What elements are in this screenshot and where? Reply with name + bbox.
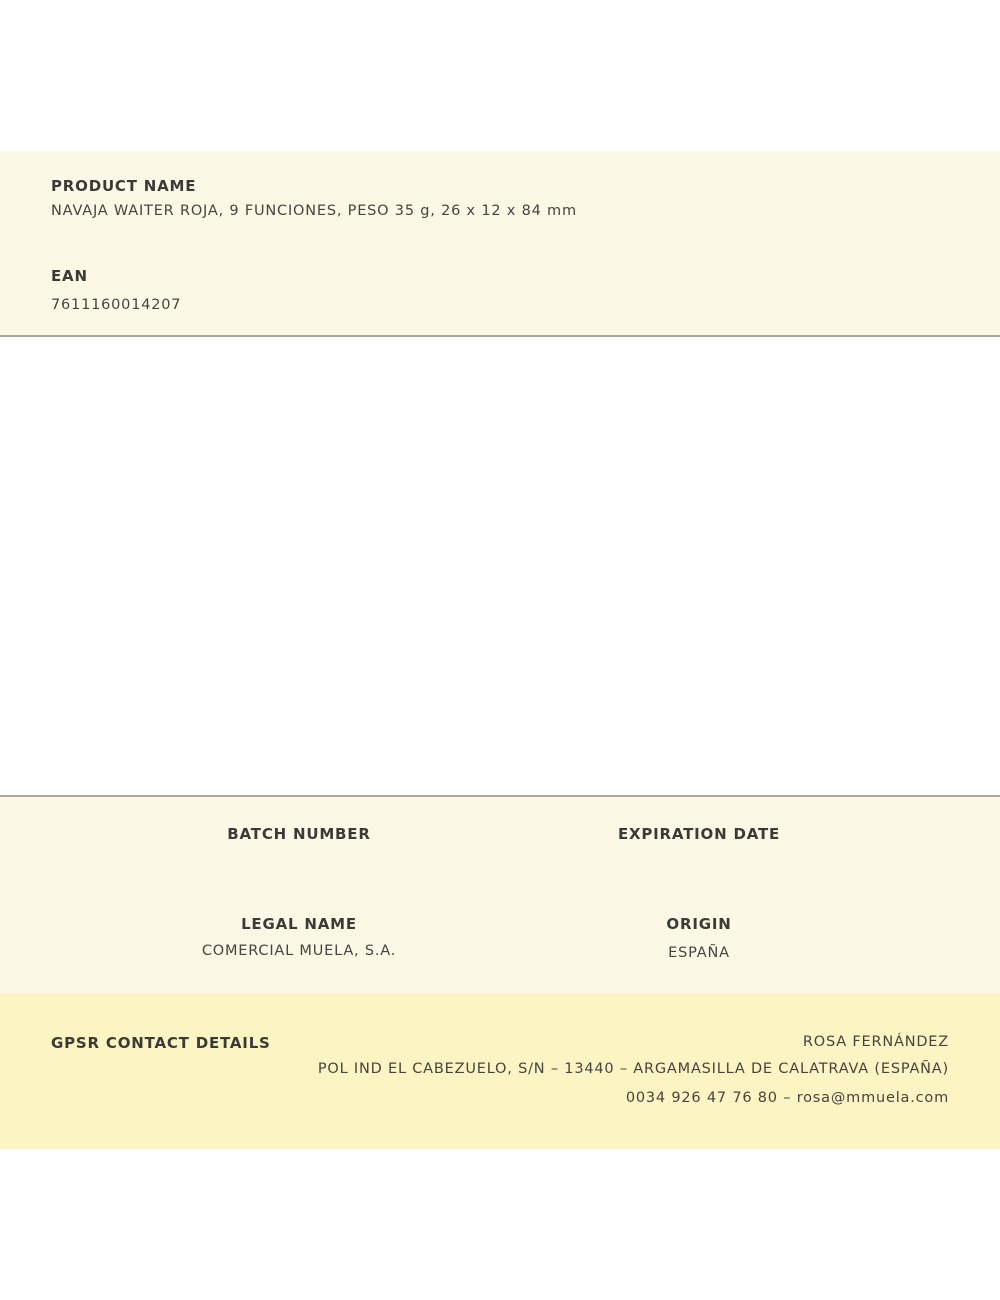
- legal-name-value: COMERCIAL MUELA, S.A.: [202, 943, 396, 959]
- product-info-section: PRODUCT NAME NAVAJA WAITER ROJA, 9 FUNCI…: [0, 151, 1000, 337]
- gpsr-contact-label: GPSR CONTACT DETAILS: [51, 1034, 271, 1052]
- expiration-date-label: EXPIRATION DATE: [618, 825, 780, 843]
- product-name-value: NAVAJA WAITER ROJA, 9 FUNCIONES, PESO 35…: [51, 203, 577, 219]
- contact-phone-email: 0034 926 47 76 80 – rosa@mmuela.com: [626, 1090, 949, 1106]
- ean-value: 7611160014207: [51, 297, 181, 313]
- gpsr-contact-section: GPSR CONTACT DETAILS ROSA FERNÁNDEZ POL …: [0, 993, 1000, 1149]
- origin-label: ORIGIN: [666, 915, 731, 933]
- ean-label: EAN: [51, 267, 88, 285]
- batch-origin-section: BATCH NUMBER EXPIRATION DATE LEGAL NAME …: [0, 795, 1000, 995]
- product-name-label: PRODUCT NAME: [51, 177, 196, 195]
- contact-address: POL IND EL CABEZUELO, S/N – 13440 – ARGA…: [318, 1061, 949, 1077]
- contact-name: ROSA FERNÁNDEZ: [803, 1034, 949, 1050]
- batch-number-label: BATCH NUMBER: [227, 825, 370, 843]
- origin-value: ESPAÑA: [668, 945, 730, 961]
- legal-name-label: LEGAL NAME: [241, 915, 357, 933]
